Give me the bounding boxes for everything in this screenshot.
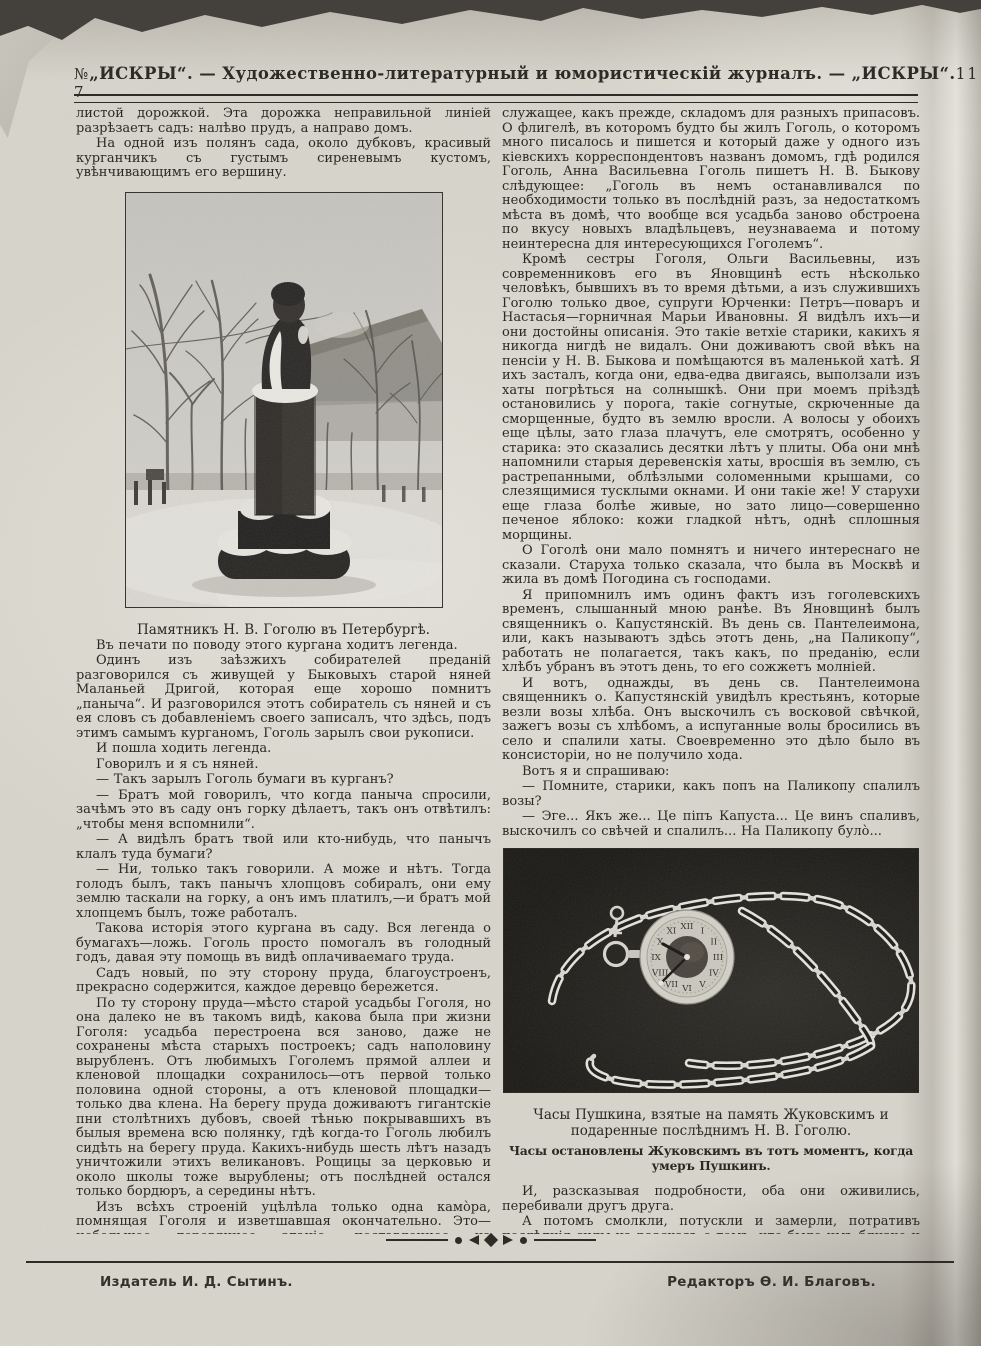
footer-rule [26, 1261, 954, 1263]
paragraph: По ту сторону пруда—мѣсто старой усадьбы… [76, 996, 491, 1200]
section-divider-ornament [376, 1235, 606, 1245]
watch-caption: Часы Пушкина, взятые на память Жуковским… [502, 1106, 920, 1139]
monument-photo [125, 192, 443, 608]
paragraph: И, разсказывая подробности, оба они ожив… [502, 1184, 920, 1214]
paper: № 7 „ИСКРЫ“. — Художественно-литературны… [0, 0, 981, 1346]
footer: Издатель И. Д. Сытинъ. Редакторъ Ѳ. И. Б… [100, 1274, 876, 1290]
paragraph: На одной изъ полянъ сада, около дубковъ,… [76, 136, 491, 181]
page-number: 111 [956, 65, 981, 83]
paragraph: Садъ новый, по эту сторону пруда, благоу… [76, 966, 491, 996]
divider-line [534, 1239, 596, 1241]
right-column: служащее, какъ прежде, складомъ для разн… [502, 106, 920, 1234]
divider-dot [455, 1237, 462, 1244]
divider-dot [520, 1237, 527, 1244]
divider-left-arrow [469, 1235, 479, 1245]
pocket-watch-illustration: XII I II III IV V VI VII VIII IX X XI [504, 849, 918, 1092]
pushkin-watch-photo: XII I II III IV V VI VII VIII IX X XI [503, 848, 919, 1093]
paragraph: И вотъ, однажды, въ день св. Пантелеимон… [502, 676, 920, 764]
paragraph: — Эге... Якъ же... Це піпъ Капуста... Це… [502, 809, 920, 839]
paragraph: И пошла ходить легенда. [76, 741, 491, 757]
divider-line [386, 1239, 448, 1241]
monument-caption: Памятникъ Н. В. Гоголю въ Петербургѣ. [76, 621, 491, 638]
paragraph: — Ни, только такъ говорили. А може и нѣт… [76, 862, 491, 921]
journal-title: „ИСКРЫ“. — Художественно-литературный и … [89, 64, 955, 83]
paragraph: — Такъ зарылъ Гоголь бумаги въ курганъ? [76, 772, 491, 788]
paragraph: — Братъ мой говорилъ, что когда паныча с… [76, 788, 491, 833]
paragraph: служащее, какъ прежде, складомъ для разн… [502, 106, 920, 252]
paragraph: О Гоголѣ они мало помнятъ и ничего интер… [502, 543, 920, 588]
divider-right-arrow [503, 1235, 513, 1245]
paragraph: Въ печати по поводу этого кургана ходитъ… [76, 638, 491, 654]
paragraph: Одинъ изъ заѣзжихъ собирателей преданій … [76, 653, 491, 741]
left-column: листой дорожкой. Эта дорожка неправильно… [76, 106, 491, 1234]
paragraph: Такова исторія этого кургана въ саду. Вс… [76, 921, 491, 966]
paragraph: Говорилъ и я съ няней. [76, 757, 491, 773]
paragraph: — А видѣлъ братъ твой или кто-нибудь, чт… [76, 832, 491, 862]
divider-diamond [483, 1233, 497, 1247]
paragraph: А потомъ смолкли, потускли и замерли, по… [502, 1214, 920, 1234]
paragraph: Вотъ я и спрашиваю: [502, 764, 920, 780]
watch-caption-note: Часы остановлены Жуковскимъ въ тотъ моме… [502, 1143, 920, 1174]
paragraph: листой дорожкой. Эта дорожка неправильно… [76, 106, 491, 136]
paragraph: Изъ всѣхъ строеній уцѣлѣла только одна к… [76, 1200, 491, 1235]
paragraph: Я припомнилъ имъ одинъ фактъ изъ гоголев… [502, 588, 920, 676]
editor-credit: Редакторъ Ѳ. И. Благовъ. [667, 1274, 876, 1290]
paragraph: Кромѣ сестры Гоголя, Ольги Васильевны, и… [502, 252, 920, 543]
paragraph: — Помните, старики, какъ попъ на Паликоп… [502, 779, 920, 809]
scanned-magazine-page: { "header": { "issue_no": "№ 7", "title"… [0, 0, 981, 1346]
publisher-credit: Издатель И. Д. Сытинъ. [100, 1274, 293, 1290]
gogol-monument-illustration [126, 193, 442, 607]
header-rule [74, 94, 918, 103]
